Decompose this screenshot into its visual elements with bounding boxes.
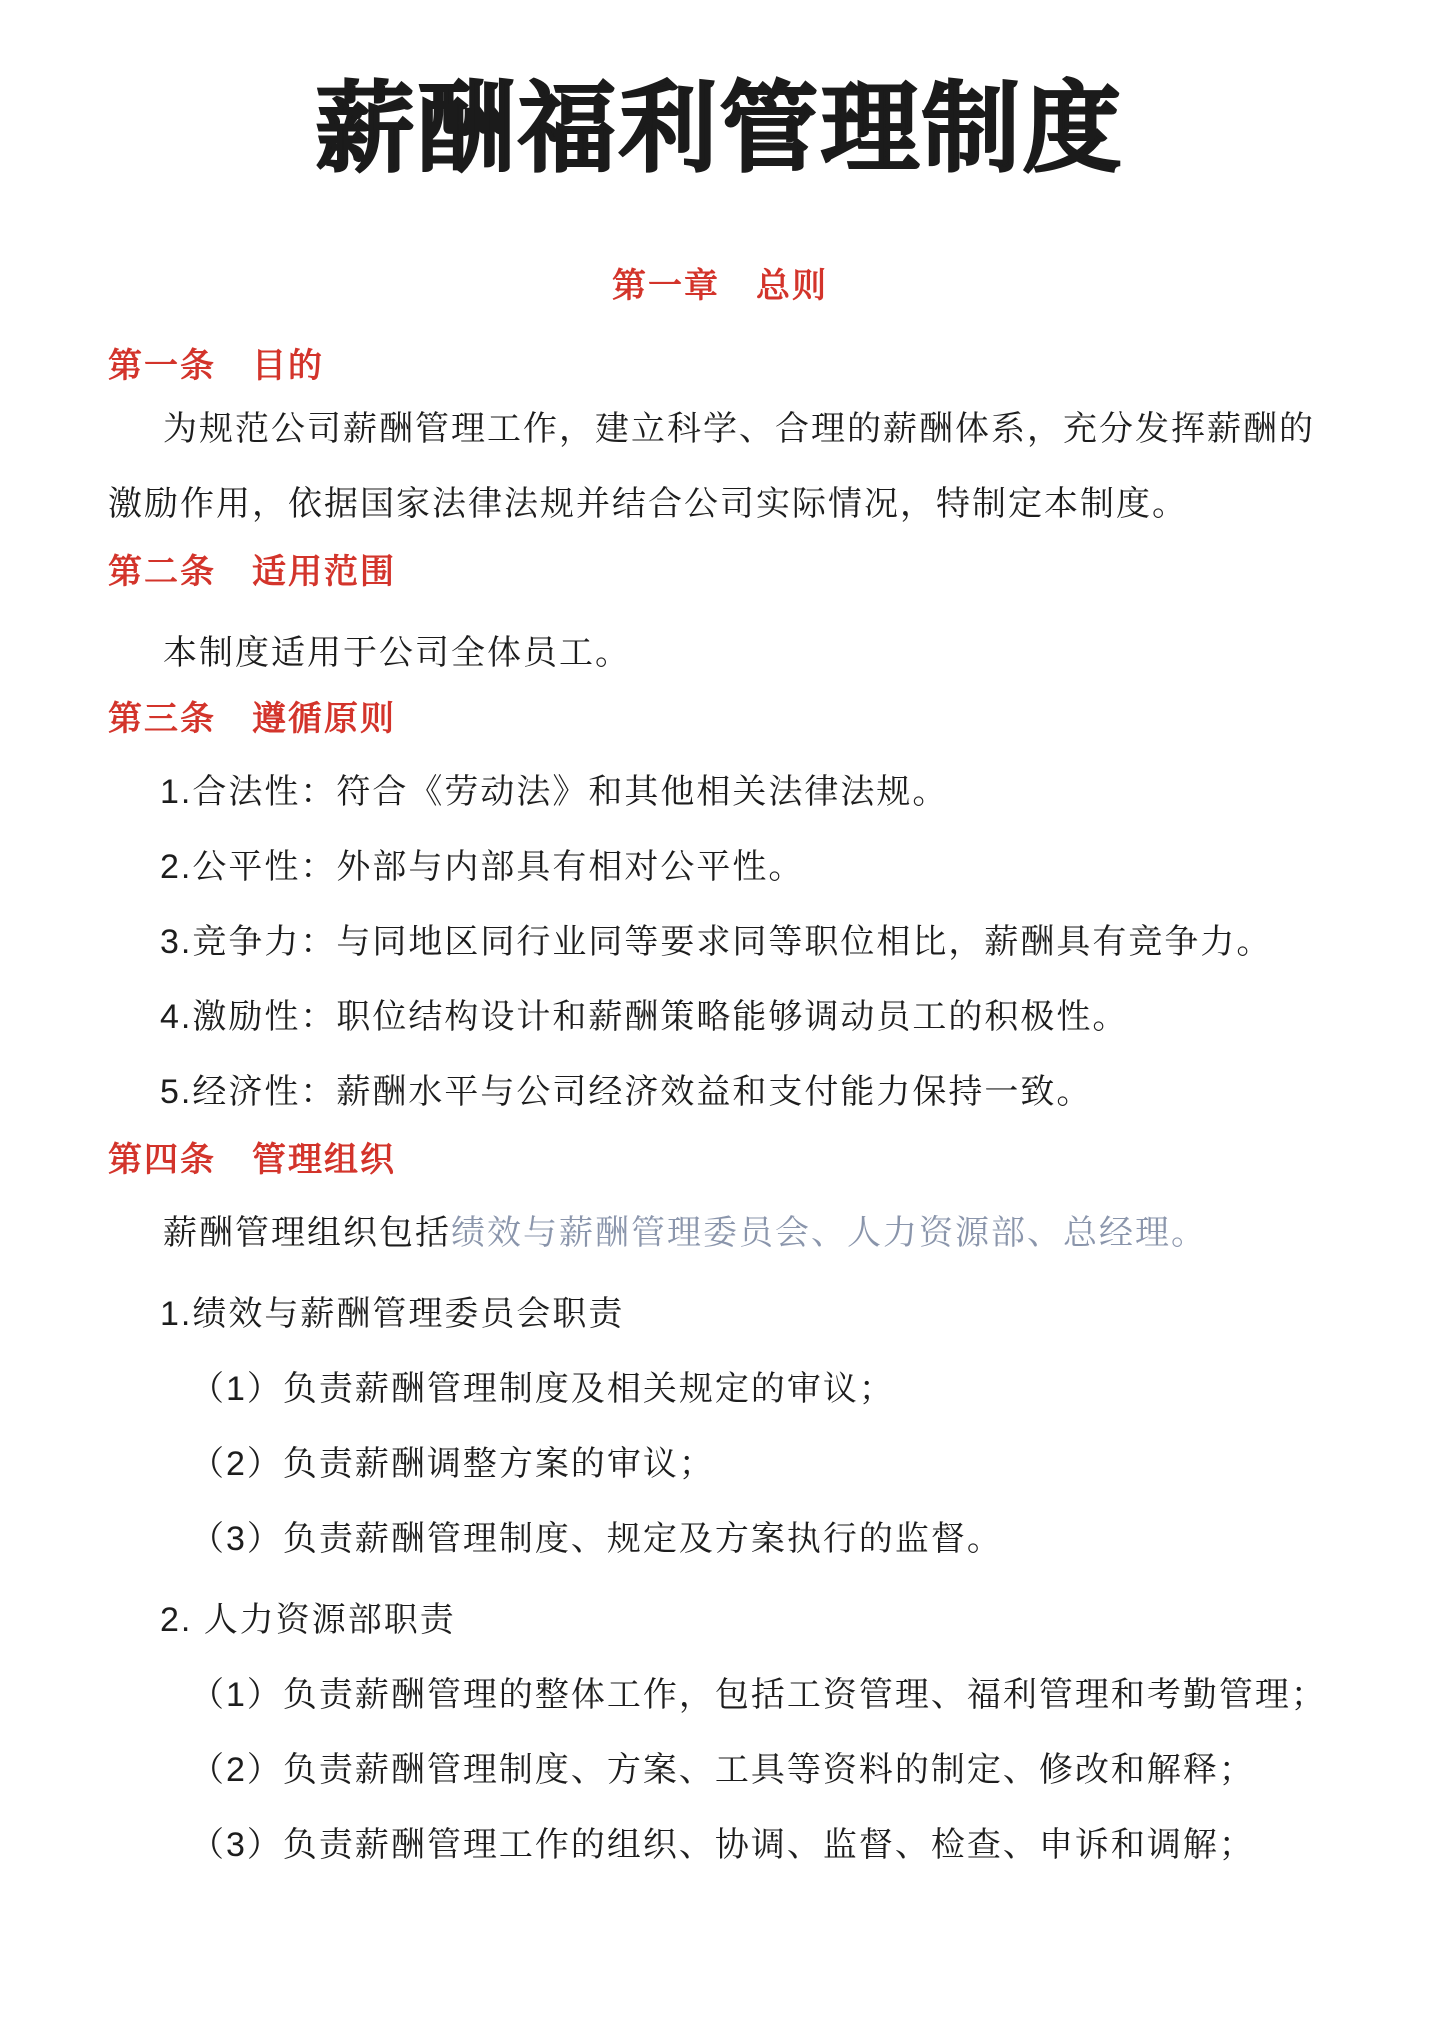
principles-list: 1.合法性：符合《劳动法》和其他相关法律法规。 2.公平性：外部与内部具有相对公… [108,755,1380,1130]
document-page: 薪酬福利管理制度 第一章 总则 第一条 目的 为规范公司薪酬管理工作，建立科学、… [0,0,1440,2030]
principle-item-5: 5.经济性：薪酬水平与公司经济效益和支付能力保持一致。 [160,1055,1380,1130]
principle-item-1: 1.合法性：符合《劳动法》和其他相关法律法规。 [160,755,1380,830]
hr-duties-label: 2. 人力资源部职责 [160,1583,1380,1658]
section-principles: 第三条 遵循原则 1.合法性：符合《劳动法》和其他相关法律法规。 2.公平性：外… [108,697,1380,1130]
organization-group-hr: 2. 人力资源部职责 （1）负责薪酬管理的整体工作，包括工资管理、福利管理和考勤… [108,1583,1380,1883]
committee-duty-2: （2）负责薪酬调整方案的审议； [190,1427,1380,1502]
section-purpose-heading: 第一条 目的 [108,344,1380,388]
committee-duty-3: （3）负责薪酬管理制度、规定及方案执行的监督。 [190,1502,1380,1577]
hr-duty-2: （2）负责薪酬管理制度、方案、工具等资料的制定、修改和解释； [190,1733,1380,1808]
organization-intro: 薪酬管理组织包括绩效与薪酬管理委员会、人力资源部、总经理。 [108,1196,1380,1271]
organization-intro-highlight: 绩效与薪酬管理委员会、人力资源部、总经理。 [451,1214,1207,1252]
section-purpose: 第一条 目的 为规范公司薪酬管理工作，建立科学、合理的薪酬体系，充分发挥薪酬的激… [108,344,1380,542]
principle-item-4: 4.激励性：职位结构设计和薪酬策略能够调动员工的积极性。 [160,980,1380,1055]
section-principles-heading: 第三条 遵循原则 [108,697,1380,741]
organization-group-committee: 1.绩效与薪酬管理委员会职责 （1）负责薪酬管理制度及相关规定的审议； （2）负… [108,1277,1380,1577]
section-scope: 第二条 适用范围 本制度适用于公司全体员工。 [108,550,1380,691]
section-purpose-paragraph: 为规范公司薪酬管理工作，建立科学、合理的薪酬体系，充分发挥薪酬的激励作用，依据国… [108,392,1323,542]
section-organization-heading: 第四条 管理组织 [108,1138,1380,1182]
chapter-heading: 第一章 总则 [108,264,1332,308]
committee-duties-label: 1.绩效与薪酬管理委员会职责 [160,1277,1380,1352]
organization-intro-plain: 薪酬管理组织包括 [163,1214,451,1252]
principle-item-3: 3.竞争力：与同地区同行业同等要求同等职位相比，薪酬具有竞争力。 [160,905,1380,980]
hr-duty-3: （3）负责薪酬管理工作的组织、协调、监督、检查、申诉和调解； [190,1808,1380,1883]
committee-duty-1: （1）负责薪酬管理制度及相关规定的审议； [190,1352,1380,1427]
section-organization: 第四条 管理组织 薪酬管理组织包括绩效与薪酬管理委员会、人力资源部、总经理。 1… [108,1138,1380,1883]
document-title: 薪酬福利管理制度 [108,70,1332,186]
section-scope-paragraph: 本制度适用于公司全体员工。 [108,616,1380,691]
principle-item-2: 2.公平性：外部与内部具有相对公平性。 [160,830,1380,905]
hr-duty-1: （1）负责薪酬管理的整体工作，包括工资管理、福利管理和考勤管理； [190,1658,1380,1733]
section-scope-heading: 第二条 适用范围 [108,550,1380,594]
